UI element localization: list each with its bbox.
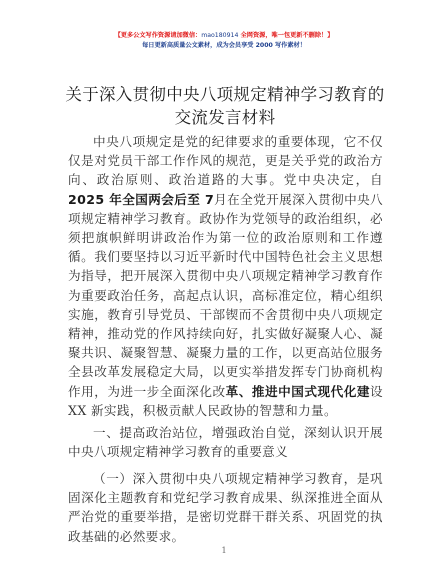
bold-text: 革、推进中国式现代化建 [226,384,370,399]
paragraph-text: 中央八项规定是党的纪律要求的重要体现，它不仅仅是对党员干部工作作风的规范，更是关… [68,134,383,187]
promo-suffix: 全网资源，唯一包更新不删除！】 [238,32,333,39]
promo-wechat-id: mao180914 [201,32,238,39]
subsection-paragraph-1: （一）深入贯彻中央八项规定精神学习教育，是巩固深化主题教育和党纪学习教育成果、纵… [68,469,383,546]
promo-banner: 【更多公文写作资源请加微信：mao180914 全网资源，唯一包更新不删除！】 … [0,31,448,51]
document-page: 【更多公文写作资源请加微信：mao180914 全网资源，唯一包更新不删除！】 … [0,0,448,580]
page-number: 1 [0,546,448,555]
section-heading-1: 一、提高政治站位，增强政治自觉，深刻认识开展中央八项规定精神学习教育的重要意义 [68,423,383,461]
promo-line-1: 【更多公文写作资源请加微信：mao180914 全网资源，唯一包更新不删除！】 [0,31,448,41]
document-title: 关于深入贯彻中央八项规定精神学习教育的交流发言材料 [60,83,390,129]
paragraph-intro: 中央八项规定是党的纪律要求的重要体现，它不仅仅是对党员干部工作作风的规范，更是关… [68,132,383,420]
promo-prefix: 【更多公文写作资源请加微信： [115,32,202,39]
paragraph-text: 月在全党开展深入贯彻中央八项规定精神学习教育。政协作为党领导的政治组织，必须把旗… [68,192,383,399]
promo-line-2: 每日更新高质量公文素材，成为会员享受 2000 写作素材！ [0,41,448,51]
bold-text: 2025 年全国两会后至 7 [68,192,214,207]
